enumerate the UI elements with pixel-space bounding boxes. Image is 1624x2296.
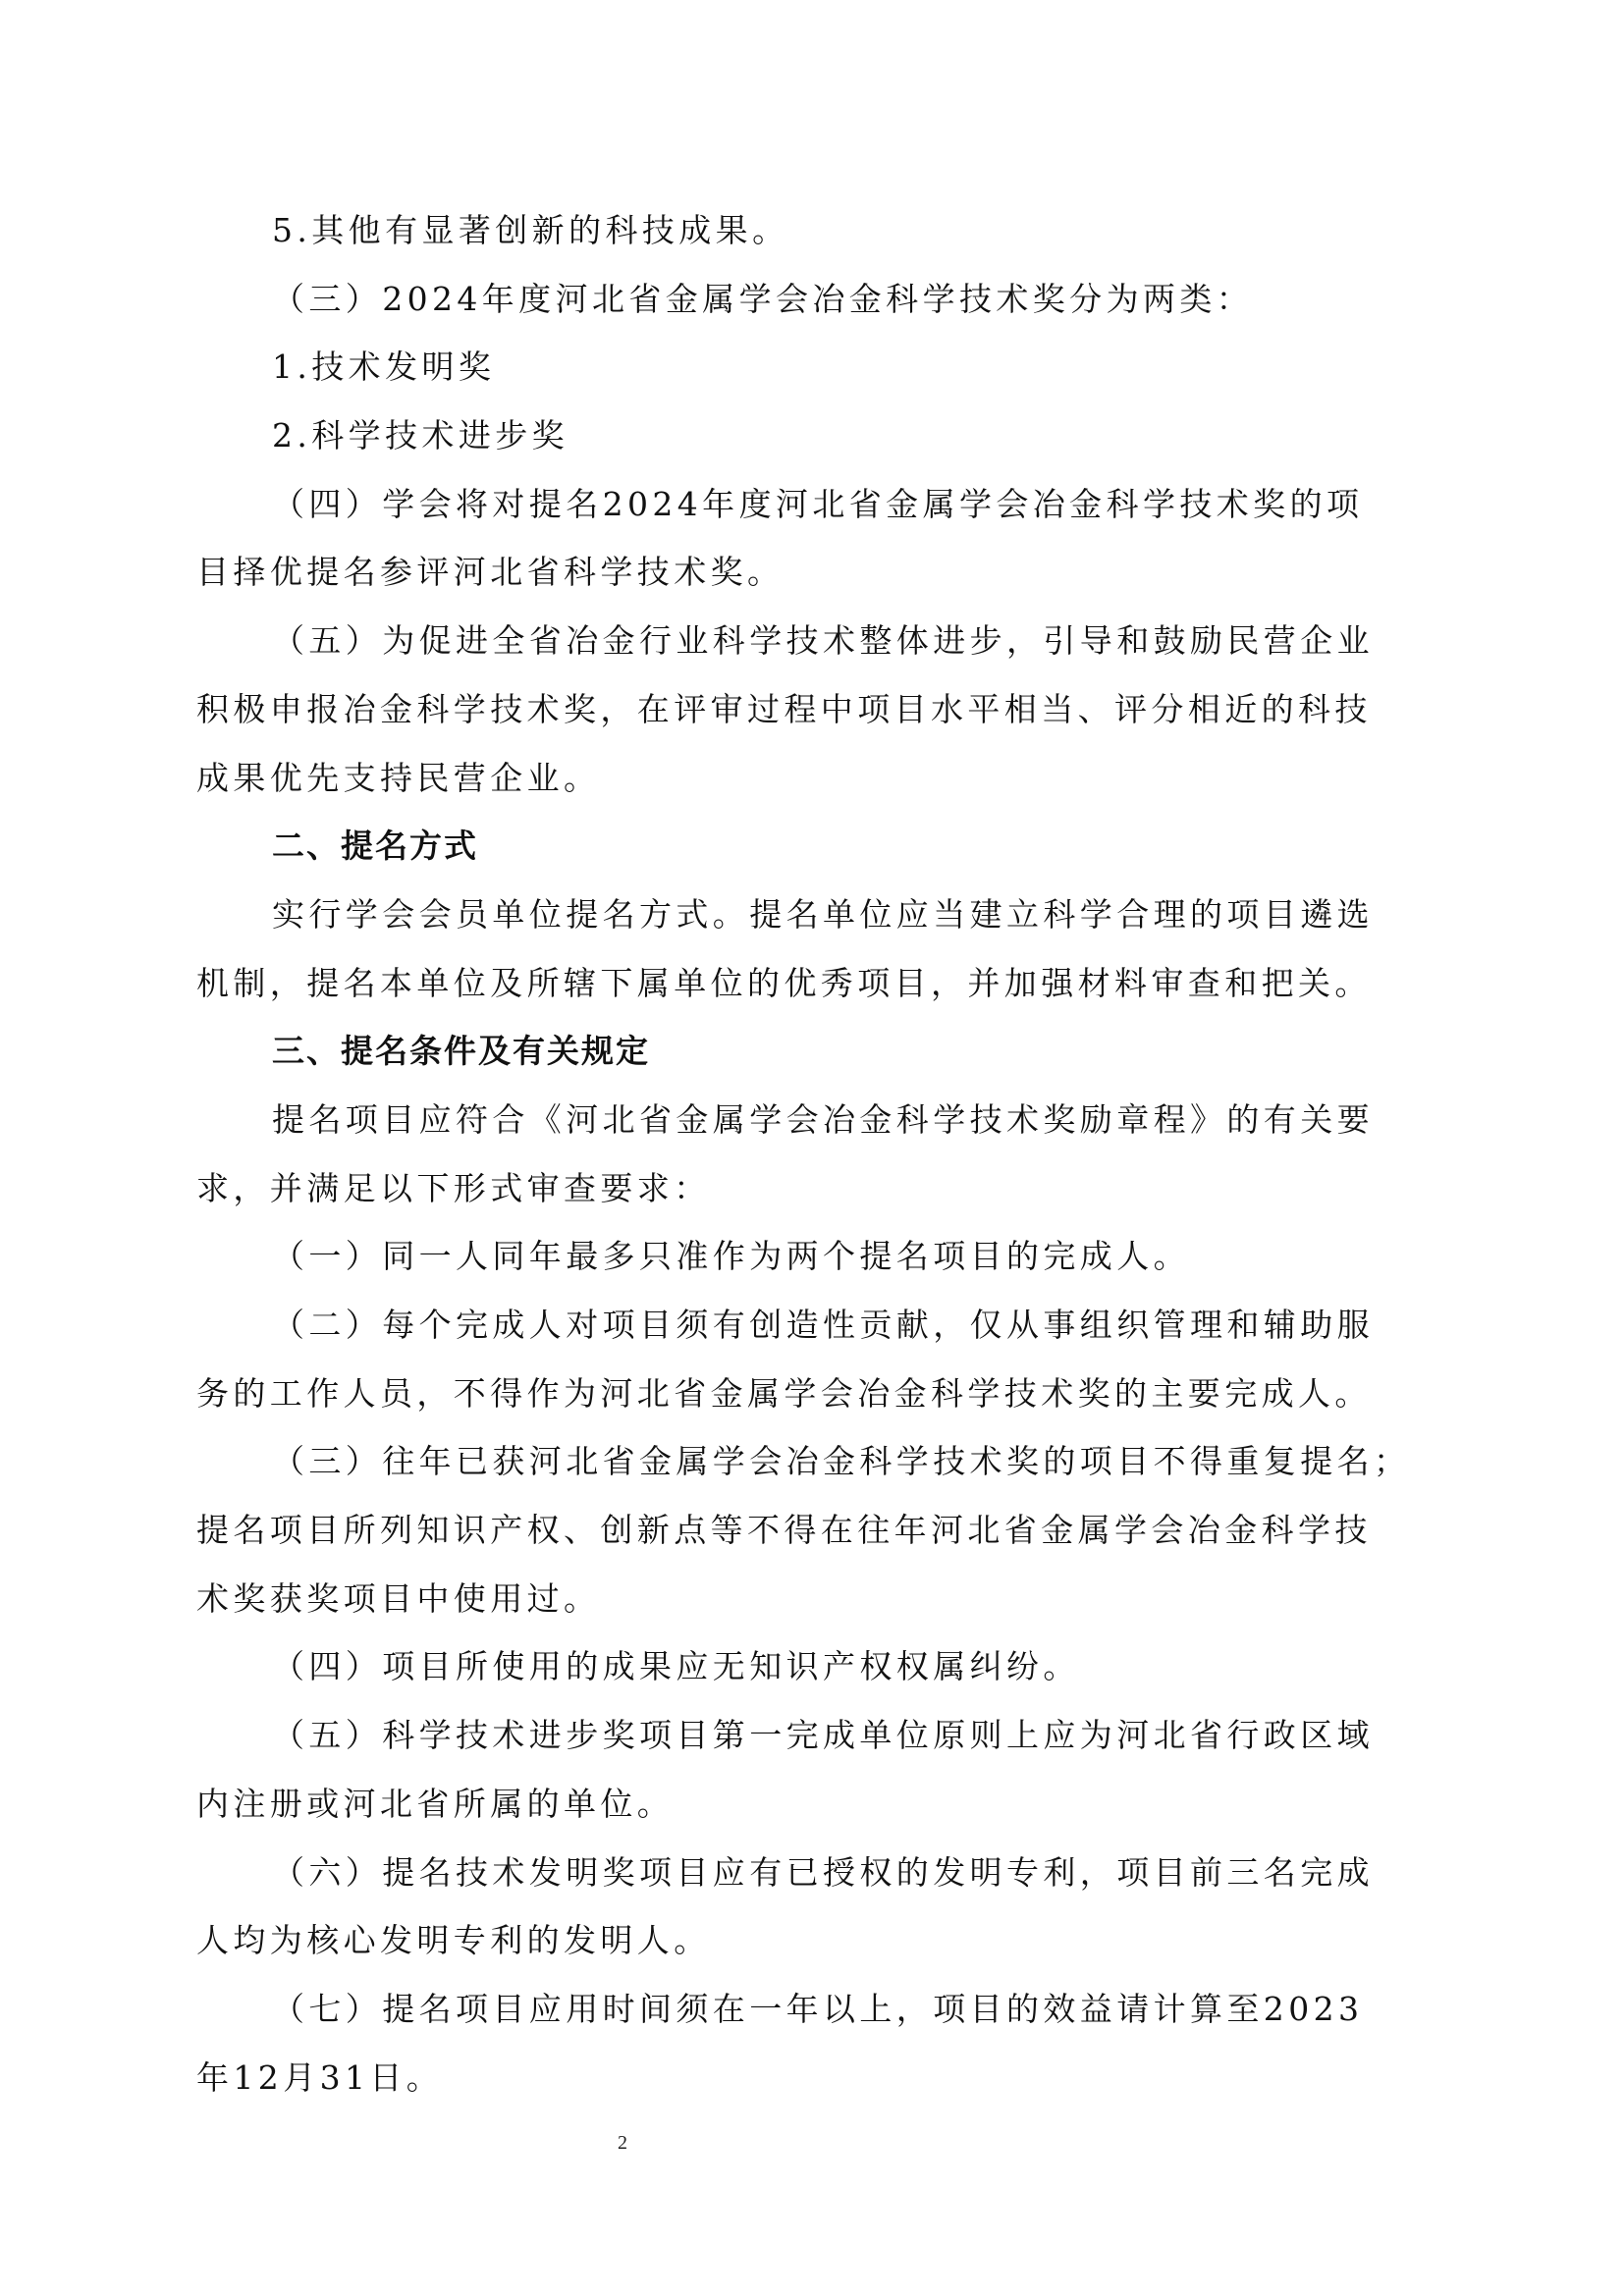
paragraph-conditions-line-1: 提名项目应符合《河北省金属学会冶金科学技术奖励章程》的有关要: [196, 1086, 1434, 1154]
paragraph-four-line-1: （四）学会将对提名2024年度河北省金属学会冶金科学技术奖的项: [196, 470, 1434, 539]
document-body: 5.其他有显著创新的科技成果。 （三）2024年度河北省金属学会冶金科学技术奖分…: [196, 196, 1434, 2111]
condition-five-line-1: （五）科学技术进步奖项目第一完成单位原则上应为河北省行政区域: [196, 1701, 1434, 1770]
paragraph-five-line-3: 成果优先支持民营企业。: [196, 744, 1434, 813]
condition-five-line-2: 内注册或河北省所属的单位。: [196, 1770, 1434, 1839]
condition-six-line-1: （六）提名技术发明奖项目应有已授权的发明专利，项目前三名完成: [196, 1839, 1434, 1907]
section-heading-nomination-conditions: 三、提名条件及有关规定: [196, 1017, 1434, 1086]
condition-seven-line-2: 年12月31日。: [196, 2044, 1434, 2112]
paragraph-five-line-1: （五）为促进全省冶金行业科学技术整体进步，引导和鼓励民营企业: [196, 607, 1434, 675]
paragraph-method-line-1: 实行学会会员单位提名方式。提名单位应当建立科学合理的项目遴选: [196, 881, 1434, 949]
condition-six-line-2: 人均为核心发明专利的发明人。: [196, 1906, 1434, 1975]
list-item-sci-tech-progress: 2.科学技术进步奖: [196, 401, 1434, 470]
page-number: 2: [613, 2132, 632, 2155]
paragraph-award-categories: （三）2024年度河北省金属学会冶金科学技术奖分为两类：: [196, 265, 1434, 334]
document-page: 5.其他有显著创新的科技成果。 （三）2024年度河北省金属学会冶金科学技术奖分…: [0, 0, 1624, 2296]
condition-seven-line-1: （七）提名项目应用时间须在一年以上，项目的效益请计算至2023: [196, 1975, 1434, 2044]
paragraph-five-line-2: 积极申报冶金科学技术奖，在评审过程中项目水平相当、评分相近的科技: [196, 675, 1434, 744]
condition-two-line-1: （二）每个完成人对项目须有创造性贡献，仅从事组织管理和辅助服: [196, 1291, 1434, 1360]
condition-three-line-2: 提名项目所列知识产权、创新点等不得在往年河北省金属学会冶金科学技: [196, 1496, 1434, 1565]
condition-four: （四）项目所使用的成果应无知识产权权属纠纷。: [196, 1632, 1434, 1701]
paragraph-four-line-2: 目择优提名参评河北省科学技术奖。: [196, 538, 1434, 607]
condition-one: （一）同一人同年最多只准作为两个提名项目的完成人。: [196, 1222, 1434, 1291]
section-heading-nomination-method: 二、提名方式: [196, 812, 1434, 881]
condition-three-line-1: （三）往年已获河北省金属学会冶金科学技术奖的项目不得重复提名；: [196, 1427, 1434, 1496]
paragraph-conditions-line-2: 求，并满足以下形式审查要求：: [196, 1154, 1434, 1223]
paragraph-method-line-2: 机制，提名本单位及所辖下属单位的优秀项目，并加强材料审查和把关。: [196, 949, 1434, 1018]
list-item-5: 5.其他有显著创新的科技成果。: [196, 196, 1434, 265]
list-item-technical-invention: 1.技术发明奖: [196, 333, 1434, 401]
condition-two-line-2: 务的工作人员，不得作为河北省金属学会冶金科学技术奖的主要完成人。: [196, 1360, 1434, 1428]
condition-three-line-3: 术奖获奖项目中使用过。: [196, 1565, 1434, 1633]
